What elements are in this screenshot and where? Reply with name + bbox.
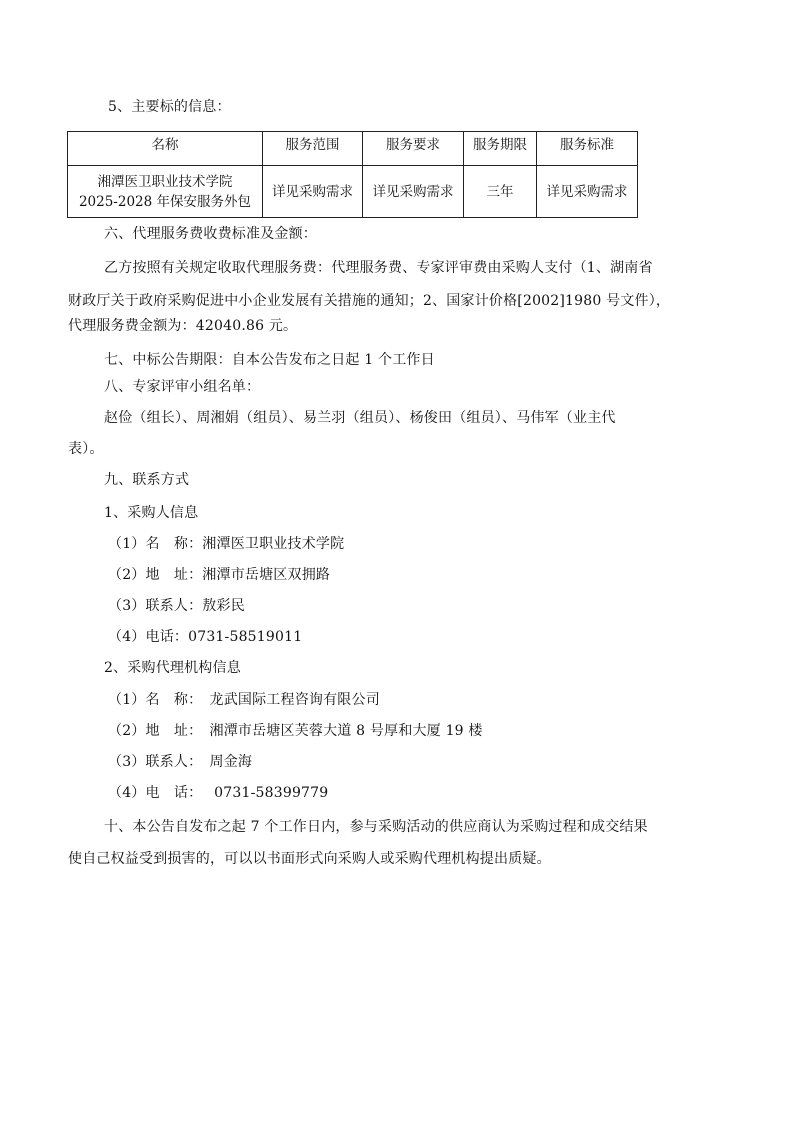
header-requirement: 服务要求 [363, 132, 464, 166]
section9-heading: 九、联系方式 [104, 471, 189, 489]
section6-heading: 六、代理服务费收费标准及金额： [104, 225, 317, 243]
agency-address: （2）地 址： 湘潭市岳塘区芙蓉大道 8 号厚和大厦 19 楼 [108, 722, 483, 740]
agency-heading: 2、采购代理机构信息 [104, 659, 241, 677]
section8-heading: 八、专家评审小组名单： [104, 378, 260, 396]
header-name: 名称 [68, 132, 263, 166]
section7-text: 七、中标公告期限：自本公告发布之日起 1 个工作日 [104, 351, 435, 369]
purchaser-phone: （4）电话：0731-58519011 [108, 628, 302, 646]
purchaser-name: （1）名 称：湘潭医卫职业技术学院 [108, 535, 344, 553]
subject-info-table: 名称 服务范围 服务要求 服务期限 服务标准 湘潭医卫职业技术学院 2025-2… [67, 131, 638, 218]
agency-phone: （4）电 话： 0731-58399779 [108, 784, 328, 802]
cell-name-line2: 2025-2028 年保安服务外包 [68, 192, 262, 212]
section10-line1: 十、本公告自发布之起 7 个工作日内，参与采购活动的供应商认为采购过程和成交结果 [104, 818, 648, 836]
header-period: 服务期限 [464, 132, 537, 166]
cell-standard: 详见采购需求 [537, 166, 638, 218]
section8-members-line2: 表）。 [68, 440, 104, 458]
section6-paragraph-line2: 财政厅关于政府采购促进中小企业发展有关措施的通知；2、国家计价格[2002]19… [68, 292, 670, 310]
cell-name-line1: 湘潭医卫职业技术学院 [68, 172, 262, 192]
purchaser-heading: 1、采购人信息 [104, 504, 198, 522]
cell-requirement: 详见采购需求 [363, 166, 464, 218]
section5-heading: 5、主要标的信息： [108, 98, 231, 116]
section10-line2: 使自己权益受到损害的，可以以书面形式向采购人或采购代理机构提出质疑。 [68, 850, 551, 868]
purchaser-contact: （3）联系人：敖彩民 [108, 597, 245, 615]
purchaser-address: （2）地 址：湘潭市岳塘区双拥路 [108, 566, 330, 584]
cell-scope: 详见采购需求 [263, 166, 363, 218]
table-header-row: 名称 服务范围 服务要求 服务期限 服务标准 [68, 132, 638, 166]
header-scope: 服务范围 [263, 132, 363, 166]
agency-contact: （3）联系人： 周金海 [108, 753, 252, 771]
section8-members-line1: 赵俭（组长）、周湘娟（组员）、易兰羽（组员）、杨俊田（组员）、马伟军（业主代 [104, 409, 616, 427]
header-standard: 服务标准 [537, 132, 638, 166]
table-row: 湘潭医卫职业技术学院 2025-2028 年保安服务外包 详见采购需求 详见采购… [68, 166, 638, 218]
cell-period: 三年 [464, 166, 537, 218]
agency-name: （1）名 称： 龙武国际工程咨询有限公司 [108, 691, 380, 709]
section6-paragraph-line3: 代理服务费金额为：42040.86 元。 [68, 317, 297, 335]
cell-name: 湘潭医卫职业技术学院 2025-2028 年保安服务外包 [68, 166, 263, 218]
section6-paragraph-line1: 乙方按照有关规定收取代理服务费：代理服务费、专家评审费由采购人支付（1、湖南省 [104, 259, 653, 277]
